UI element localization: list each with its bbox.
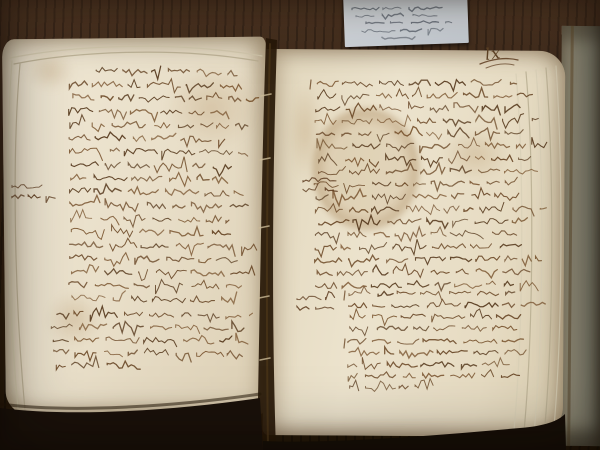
manuscript-photo: lx (0, 0, 600, 450)
handwriting-overlay (0, 0, 600, 450)
